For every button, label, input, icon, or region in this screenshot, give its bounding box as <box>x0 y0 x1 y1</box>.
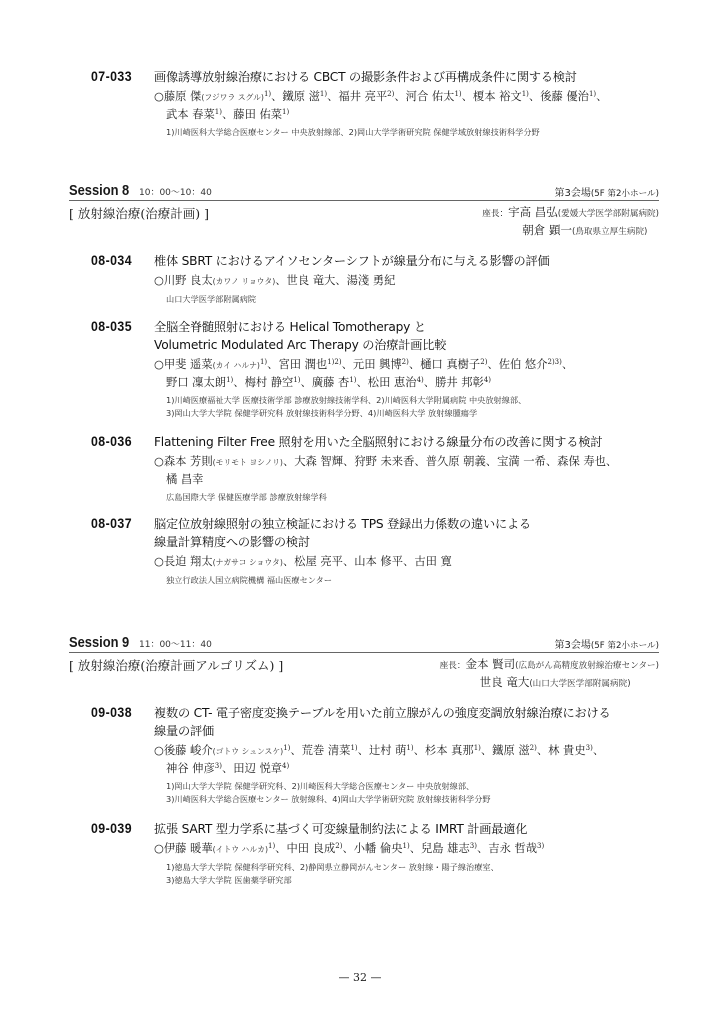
session-8-header: Session 8 10：00～10：40 第3会場(5F 第2小ホール) [ … <box>69 182 659 201</box>
session-room: 第3会場(5F 第2小ホール) <box>555 184 660 199</box>
affiliation: 独立行政法人国立病院機構 福山医療センター <box>154 574 674 587</box>
abstract-number: 09-038 <box>91 704 132 720</box>
author-list: ○後藤 峻介(ゴトウ シュンスケ)1)、荒巻 清菜1)、辻村 萌1)、杉本 真那… <box>154 742 674 777</box>
abstract-title: 椎体 SBRT におけるアイソセンターシフトが線量分布に与える影響の評価 <box>154 252 674 270</box>
abstract-title: 全脳全脊髄照射における Helical Tomotherapy とVolumet… <box>154 318 674 354</box>
chair-name: 世良 竜大 <box>480 675 530 689</box>
author-list: ○伊藤 暖華(イトウ ハルカ)1)、中田 良成2)、小幡 倫央1)、兒島 雄志3… <box>154 840 674 858</box>
presenter-kana: (フジワラ スグル) <box>201 93 264 102</box>
affiliation: 1)川崎医科大学総合医療センター 中央放射線部、2)岡山大学学術研究院 保健学域… <box>154 126 674 139</box>
session-time: 10：00～10：40 <box>139 185 212 198</box>
chair-name: 朝倉 顕一 <box>522 223 572 237</box>
author-list: ○甲斐 遥菜(カイ ハルナ)1)、宮田 潤也1)2)、元田 興博2)、樋口 真樹… <box>154 356 674 391</box>
chair-name: 宇高 昌弘 <box>508 205 558 219</box>
session-room: 第3会場(5F 第2小ホール) <box>555 636 660 651</box>
author-list: ○川野 良太(カワノ リョウタ)、世良 竜大、湯淺 勇紀 <box>154 272 674 290</box>
affiliation: 1)徳島大学大学院 保健科学研究科、2)静岡県立静岡がんセンター 放射線・陽子線… <box>154 861 674 887</box>
abstract-number: 08-036 <box>91 433 132 449</box>
abstract-number: 08-034 <box>91 252 132 268</box>
session-chairs: 座長：宇高 昌弘(愛媛大学医学部附属病院) 朝倉 顕一(鳥取県立厚生病院) <box>482 204 659 240</box>
affiliation: 1)岡山大学大学院 保健学研究科、2)川崎医科大学総合医療センター 中央放射線部… <box>154 780 674 806</box>
author-list: ○森本 芳則(モリモト ヨシノリ)、大森 智輝、狩野 未来香、普久原 朝義、宝満… <box>154 453 674 488</box>
abstract-number: 07-033 <box>91 68 132 84</box>
author-list: ○長迫 翔太(ナガサコ ショウタ)、松屋 亮平、山本 修平、古田 寛 <box>154 553 674 571</box>
session-topic: [ 放射線治療(治療計画) ] <box>69 204 209 222</box>
program-page: 07-033 画像誘導放射線治療における CBCT の撮影条件および再構成条件に… <box>0 0 720 1018</box>
session-9-header: Session 9 11：00～11：40 第3会場(5F 第2小ホール) [ … <box>69 634 659 653</box>
affiliation: 1)川崎医療福祉大学 医療技術学部 診療放射線技術学科、2)川崎医科大学附属病院… <box>154 394 674 420</box>
affiliation: 山口大学医学部附属病院 <box>154 293 674 306</box>
abstract-number: 08-035 <box>91 318 132 334</box>
abstract-title: 画像誘導放射線治療における CBCT の撮影条件および再構成条件に関する検討 <box>154 68 674 86</box>
session-name: Session 8 <box>69 182 129 199</box>
affiliation: 広島国際大学 保健医療学部 診療放射線学科 <box>154 491 674 504</box>
abstract-number: 08-037 <box>91 515 132 531</box>
page-number: — 32 — <box>0 971 720 984</box>
session-chairs: 座長：金本 賢司(広島がん高精度放射線治療センター) 世良 竜大(山口大学医学部… <box>440 656 659 692</box>
session-time: 11：00～11：40 <box>139 637 212 650</box>
chair-name: 金本 賢司 <box>465 657 515 671</box>
session-name: Session 9 <box>69 634 129 651</box>
author-list: ○藤原 傑(フジワラ スグル)1)、鐵原 滋1)、福井 亮平2)、河合 佑太1)… <box>154 88 674 123</box>
abstract-number: 09-039 <box>91 820 132 836</box>
session-topic: [ 放射線治療(治療計画アルゴリズム) ] <box>69 656 283 674</box>
abstract-title: 拡張 SART 型力学系に基づく可変線量制約法による IMRT 計画最適化 <box>154 820 674 838</box>
abstract-title: 複数の CT- 電子密度変換テーブルを用いた前立腺がんの強度変調放射線治療におけ… <box>154 704 674 740</box>
abstract-title: Flattening Filter Free 照射を用いた全脳照射における線量分… <box>154 433 674 451</box>
abstract-title: 脳定位放射線照射の独立検証における TPS 登録出力係数の違いによる線量計算精度… <box>154 515 674 551</box>
